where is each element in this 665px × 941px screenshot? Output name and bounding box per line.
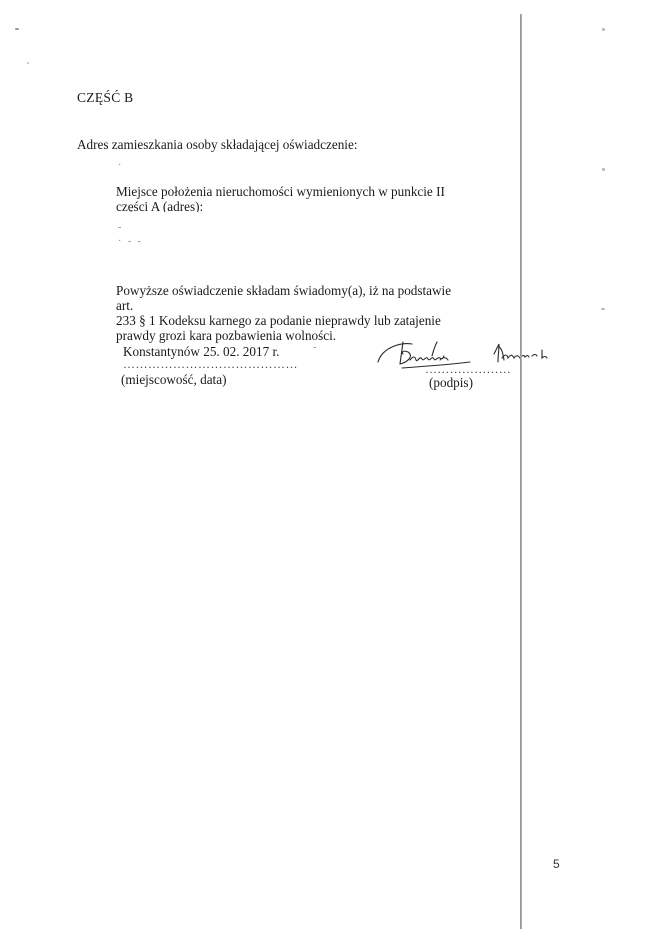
scan-speck — [601, 308, 605, 310]
page-number: 5 — [553, 857, 560, 871]
place-date-dotted-line: …………………………………… — [123, 357, 298, 372]
scan-speck — [602, 168, 605, 171]
property-location-line1: Miejsce położenia nieruchomości wymienio… — [116, 184, 456, 199]
place-date-caption: (miejscowość, data) — [121, 372, 226, 387]
stray-mark: · — [118, 160, 121, 171]
stray-mark: · - - — [118, 236, 143, 247]
residence-address-label: Adres zamieszkania osoby składającej ośw… — [77, 137, 358, 152]
stray-mark: - — [118, 222, 121, 233]
property-location-label: Miejsce położenia nieruchomości wymienio… — [116, 184, 456, 212]
scan-fold-line — [520, 14, 522, 929]
statement-line: 233 § 1 Kodeksu karnego za podanie niepr… — [116, 313, 456, 328]
section-heading: CZĘŚĆ B — [77, 90, 134, 105]
stray-mark: - — [313, 342, 316, 353]
scan-speck — [27, 62, 29, 64]
statement-line: Powyższe oświadczenie składam świadomy(a… — [116, 283, 456, 313]
scan-speck — [15, 28, 19, 30]
property-location-line2: części A (adres): — [116, 199, 456, 212]
scan-speck — [602, 28, 605, 31]
legal-statement: Powyższe oświadczenie składam świadomy(a… — [116, 283, 456, 343]
signature-caption: (podpis) — [429, 375, 473, 390]
